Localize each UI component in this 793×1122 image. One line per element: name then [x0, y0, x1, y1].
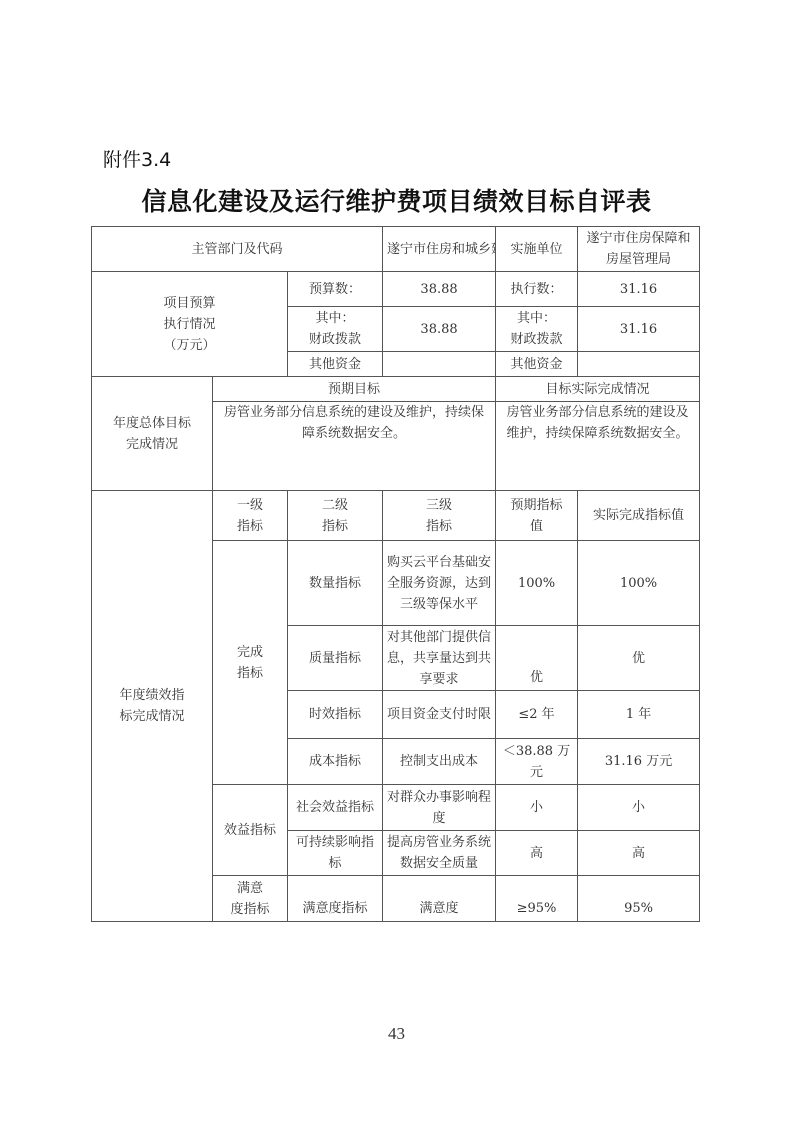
overall-goal-line: 年度总体目标	[96, 413, 208, 434]
fiscal-label-line: 其中：	[292, 308, 378, 329]
level3-cell: 提高房管业务系统数据安全质量	[383, 831, 496, 876]
other-exec-value	[578, 352, 700, 377]
expected-cell: 高	[496, 831, 578, 876]
level2-header: 二级 指标	[288, 491, 383, 541]
actual-cell: 31.16 万元	[578, 739, 700, 785]
level1-line: 度指标	[217, 899, 283, 920]
actual-cell: 1 年	[578, 691, 700, 739]
fiscal-label-line: 财政拨款	[292, 329, 378, 350]
overall-goal-line: 完成情况	[96, 434, 208, 455]
level3-cell: 对群众办事影响程度	[383, 785, 496, 831]
level1-header: 一级 指标	[213, 491, 288, 541]
level2-cell: 可持续影响指标	[288, 831, 383, 876]
budget-section-line: 执行情况	[96, 314, 283, 335]
header-line: 指标	[292, 516, 378, 537]
level3-header: 三级 指标	[383, 491, 496, 541]
header-line: 二级	[292, 495, 378, 516]
level1-benefit: 效益指标	[213, 785, 288, 876]
page-number: 43	[0, 1024, 793, 1044]
header-line: 一级	[217, 495, 283, 516]
expected-goal-header: 预期目标	[213, 377, 496, 402]
expected-cell: ＜38.88 万元	[496, 739, 578, 785]
header-line: 指标	[217, 516, 283, 537]
overall-goal-section-label: 年度总体目标 完成情况	[92, 377, 213, 491]
dept-label: 主管部门及代码	[92, 227, 383, 272]
header-line: 三级	[387, 495, 491, 516]
overall-goal-header-row: 年度总体目标 完成情况 预期目标 目标实际完成情况	[92, 377, 700, 402]
exec-value: 31.16	[578, 272, 700, 307]
other-budget-value	[383, 352, 496, 377]
level2-cell: 数量指标	[288, 541, 383, 626]
budget-label: 预算数：	[288, 272, 383, 307]
expected-cell: ≥95%	[496, 876, 578, 922]
attachment-label: 附件3.4	[103, 145, 171, 172]
fiscal-label-line: 财政拨款	[500, 329, 573, 350]
level1-completion: 完成 指标	[213, 541, 288, 785]
level2-cell: 成本指标	[288, 739, 383, 785]
level3-cell: 项目资金支付时限	[383, 691, 496, 739]
fiscal-budget-label: 其中： 财政拨款	[288, 307, 383, 352]
actual-cell: 高	[578, 831, 700, 876]
level2-cell: 社会效益指标	[288, 785, 383, 831]
header-line: 指标	[387, 516, 491, 537]
expected-cell: ≤2 年	[496, 691, 578, 739]
fiscal-exec-label: 其中： 财政拨款	[496, 307, 578, 352]
actual-cell: 小	[578, 785, 700, 831]
level1-line: 满意	[217, 878, 283, 899]
budget-section-line: （万元）	[96, 335, 283, 356]
expected-cell: 小	[496, 785, 578, 831]
performance-header-row: 年度绩效指 标完成情况 一级 指标 二级 指标 三级 指标 预期指标 值 实际完…	[92, 491, 700, 541]
fiscal-exec-value: 31.16	[578, 307, 700, 352]
expected-goal-text: 房管业务部分信息系统的建设及维护，持续保障系统数据安全。	[213, 402, 496, 491]
actual-cell: 优	[578, 626, 700, 691]
performance-self-evaluation-table: 主管部门及代码 遂宁市住房和城乡建设局 340 实施单位 遂宁市住房保障和房屋管…	[91, 226, 700, 922]
impl-value: 遂宁市住房保障和房屋管理局	[578, 227, 700, 272]
actual-goal-header: 目标实际完成情况	[496, 377, 700, 402]
actual-goal-text: 房管业务部分信息系统的建设及维护，持续保障系统数据安全。	[496, 402, 700, 491]
other-exec-label: 其他资金	[496, 352, 578, 377]
fiscal-budget-value: 38.88	[383, 307, 496, 352]
page-title: 信息化建设及运行维护费项目绩效目标自评表	[0, 182, 793, 218]
dept-row: 主管部门及代码 遂宁市住房和城乡建设局 340 实施单位 遂宁市住房保障和房屋管…	[92, 227, 700, 272]
actual-value-header: 实际完成指标值	[578, 491, 700, 541]
expected-value-header: 预期指标 值	[496, 491, 578, 541]
level3-cell: 购买云平台基础安全服务资源，达到三级等保水平	[383, 541, 496, 626]
budget-section-label: 项目预算 执行情况 （万元）	[92, 272, 288, 377]
level2-cell: 满意度指标	[288, 876, 383, 922]
budget-row: 项目预算 执行情况 （万元） 预算数： 38.88 执行数： 31.16	[92, 272, 700, 307]
level3-cell: 满意度	[383, 876, 496, 922]
expected-cell: 100%	[496, 541, 578, 626]
performance-section-line: 年度绩效指	[96, 685, 208, 706]
exec-label: 执行数：	[496, 272, 578, 307]
level3-cell: 控制支出成本	[383, 739, 496, 785]
fiscal-label-line: 其中：	[500, 308, 573, 329]
level2-cell: 质量指标	[288, 626, 383, 691]
level1-satisfaction: 满意 度指标	[213, 876, 288, 922]
level1-line: 指标	[217, 663, 283, 684]
other-budget-label: 其他资金	[288, 352, 383, 377]
actual-cell: 100%	[578, 541, 700, 626]
level3-cell: 对其他部门提供信息，共享量达到共享要求	[383, 626, 496, 691]
performance-section-label: 年度绩效指 标完成情况	[92, 491, 213, 922]
actual-cell: 95%	[578, 876, 700, 922]
budget-section-line: 项目预算	[96, 293, 283, 314]
dept-value: 遂宁市住房和城乡建设局 340	[383, 227, 496, 272]
level2-cell: 时效指标	[288, 691, 383, 739]
budget-value: 38.88	[383, 272, 496, 307]
performance-section-line: 标完成情况	[96, 706, 208, 727]
expected-cell: 优	[496, 626, 578, 691]
level1-line: 完成	[217, 642, 283, 663]
header-line: 值	[500, 516, 573, 537]
header-line: 预期指标	[500, 495, 573, 516]
impl-label: 实施单位	[496, 227, 578, 272]
